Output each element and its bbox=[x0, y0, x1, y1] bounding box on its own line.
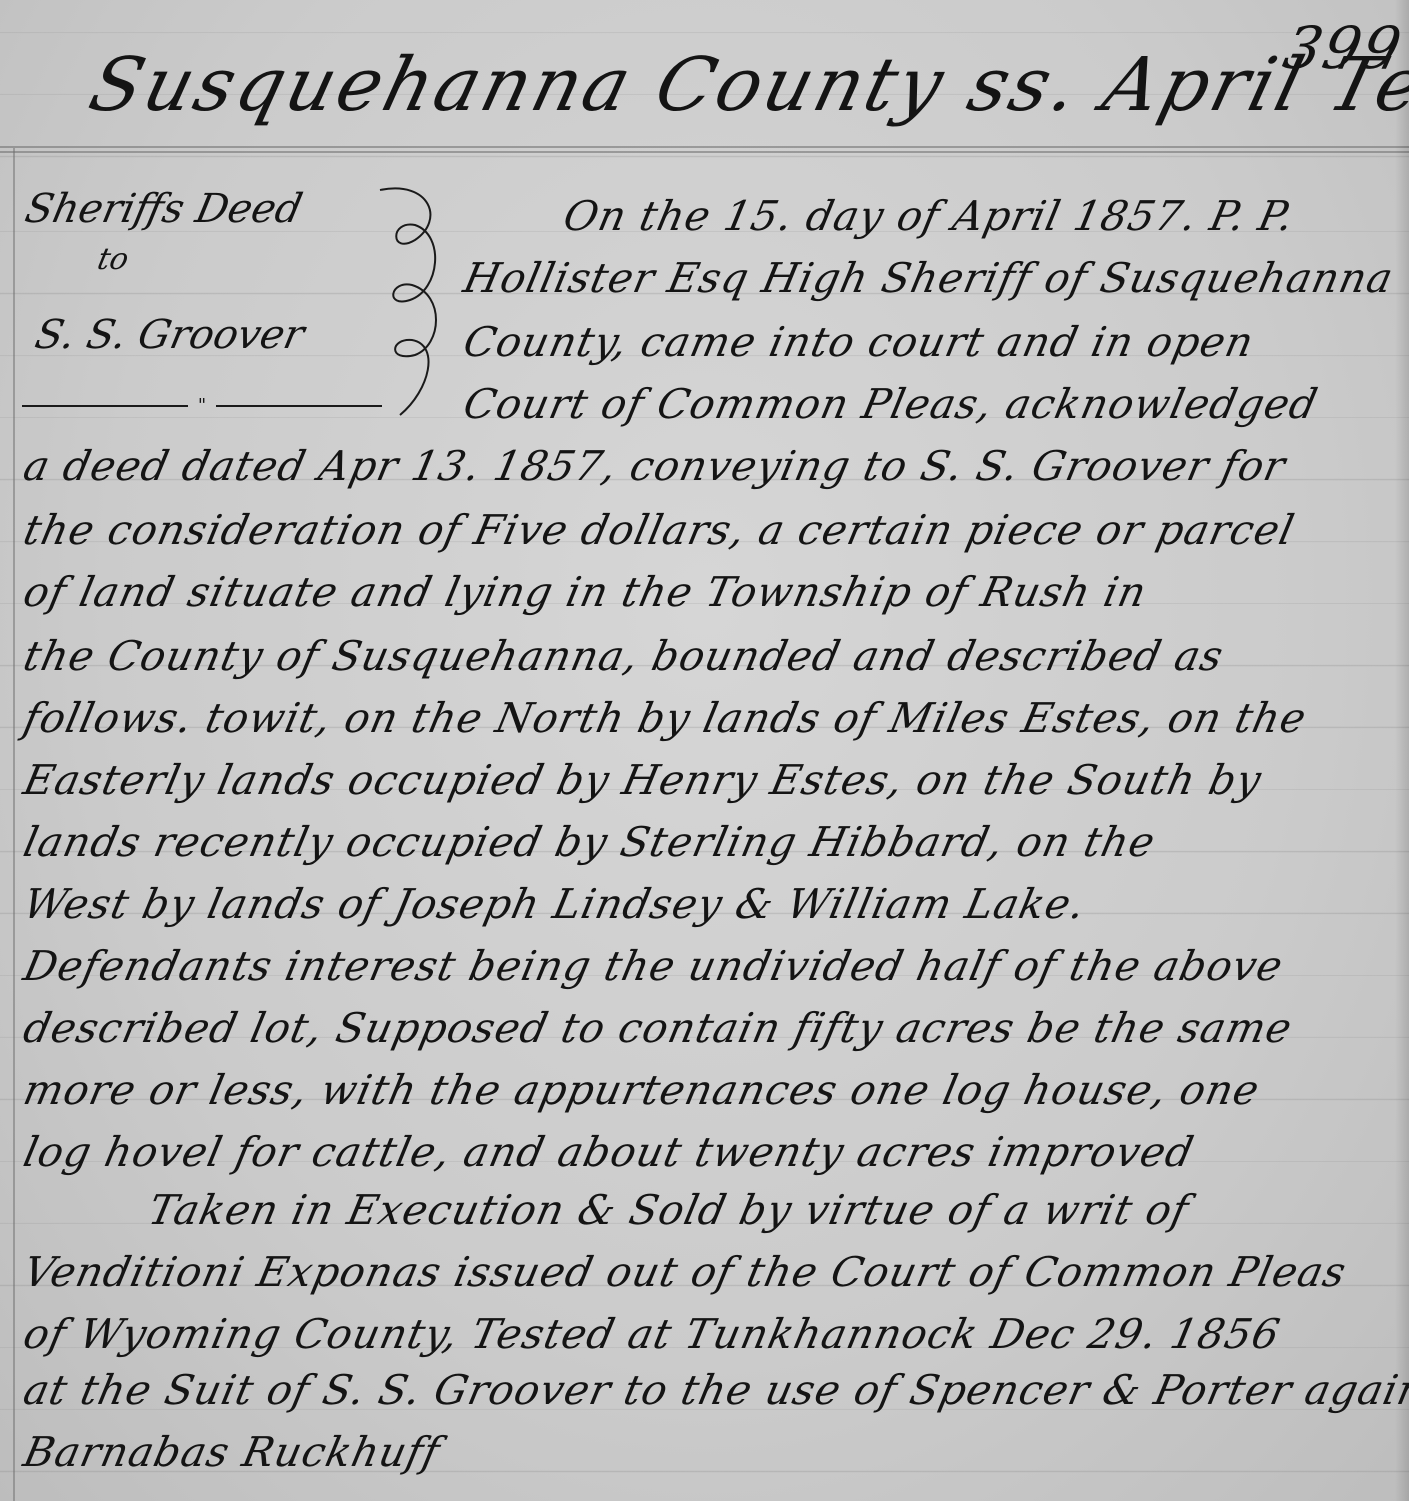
body-line-1: On the 15. day of April 1857. P. P. bbox=[560, 196, 1390, 237]
margin-note-to: to bbox=[94, 242, 132, 277]
body-line-6: the consideration of Five dollars, a cer… bbox=[20, 510, 1390, 551]
body-line-15: more or less, with the appurtenances one… bbox=[20, 1070, 1390, 1111]
curly-brace-icon bbox=[360, 180, 460, 420]
margin-note-separator: " bbox=[22, 395, 382, 416]
body-line-9: follows. towit, on the North by lands of… bbox=[20, 698, 1390, 739]
body-line-2: Hollister Esq High Sheriff of Susquehann… bbox=[460, 258, 1390, 299]
body-line-20: at the Suit of S. S. Groover to the use … bbox=[20, 1370, 1390, 1411]
left-margin-line bbox=[13, 148, 15, 1501]
separator-dash-left bbox=[22, 405, 188, 407]
ditto-mark: " bbox=[198, 395, 206, 416]
separator-dash-right bbox=[216, 405, 382, 407]
body-line-16: log hovel for cattle, and about twenty a… bbox=[20, 1132, 1390, 1173]
body-line-17: Taken in Execution & Sold by virtue of a… bbox=[145, 1190, 1390, 1231]
body-line-14: described lot, Supposed to contain fifty… bbox=[20, 1008, 1390, 1049]
margin-note-grantee: S. S. Groover bbox=[31, 312, 308, 358]
body-line-8: the County of Susquehanna, bounded and d… bbox=[20, 636, 1390, 677]
page-title: Susquehanna County ss. April Term 1857 bbox=[81, 42, 1409, 128]
body-line-11: lands recently occupied by Sterling Hibb… bbox=[20, 822, 1390, 863]
body-line-10: Easterly lands occupied by Henry Estes, … bbox=[20, 760, 1390, 801]
margin-note-deed-type: Sheriffs Deed bbox=[21, 186, 306, 232]
body-line-7: of land situate and lying in the Townshi… bbox=[20, 572, 1390, 613]
header-rule-bottom bbox=[0, 151, 1409, 153]
header-rule-top bbox=[0, 146, 1409, 148]
body-line-5: a deed dated Apr 13. 1857, conveying to … bbox=[20, 446, 1390, 487]
body-line-21: Barnabas Ruckhuff bbox=[20, 1432, 1390, 1473]
body-line-12: West by lands of Joseph Lindsey & Willia… bbox=[20, 884, 1390, 925]
body-line-13: Defendants interest being the undivided … bbox=[20, 946, 1390, 987]
body-line-3: County, came into court and in open bbox=[460, 322, 1390, 363]
page-edge-shadow bbox=[1395, 0, 1409, 1501]
body-line-19: of Wyoming County, Tested at Tunkhannock… bbox=[20, 1314, 1390, 1355]
ledger-page: 399 Susquehanna County ss. April Term 18… bbox=[0, 0, 1409, 1501]
body-line-4: Court of Common Pleas, acknowledged bbox=[460, 384, 1390, 425]
body-line-18: Venditioni Exponas issued out of the Cou… bbox=[20, 1252, 1390, 1293]
